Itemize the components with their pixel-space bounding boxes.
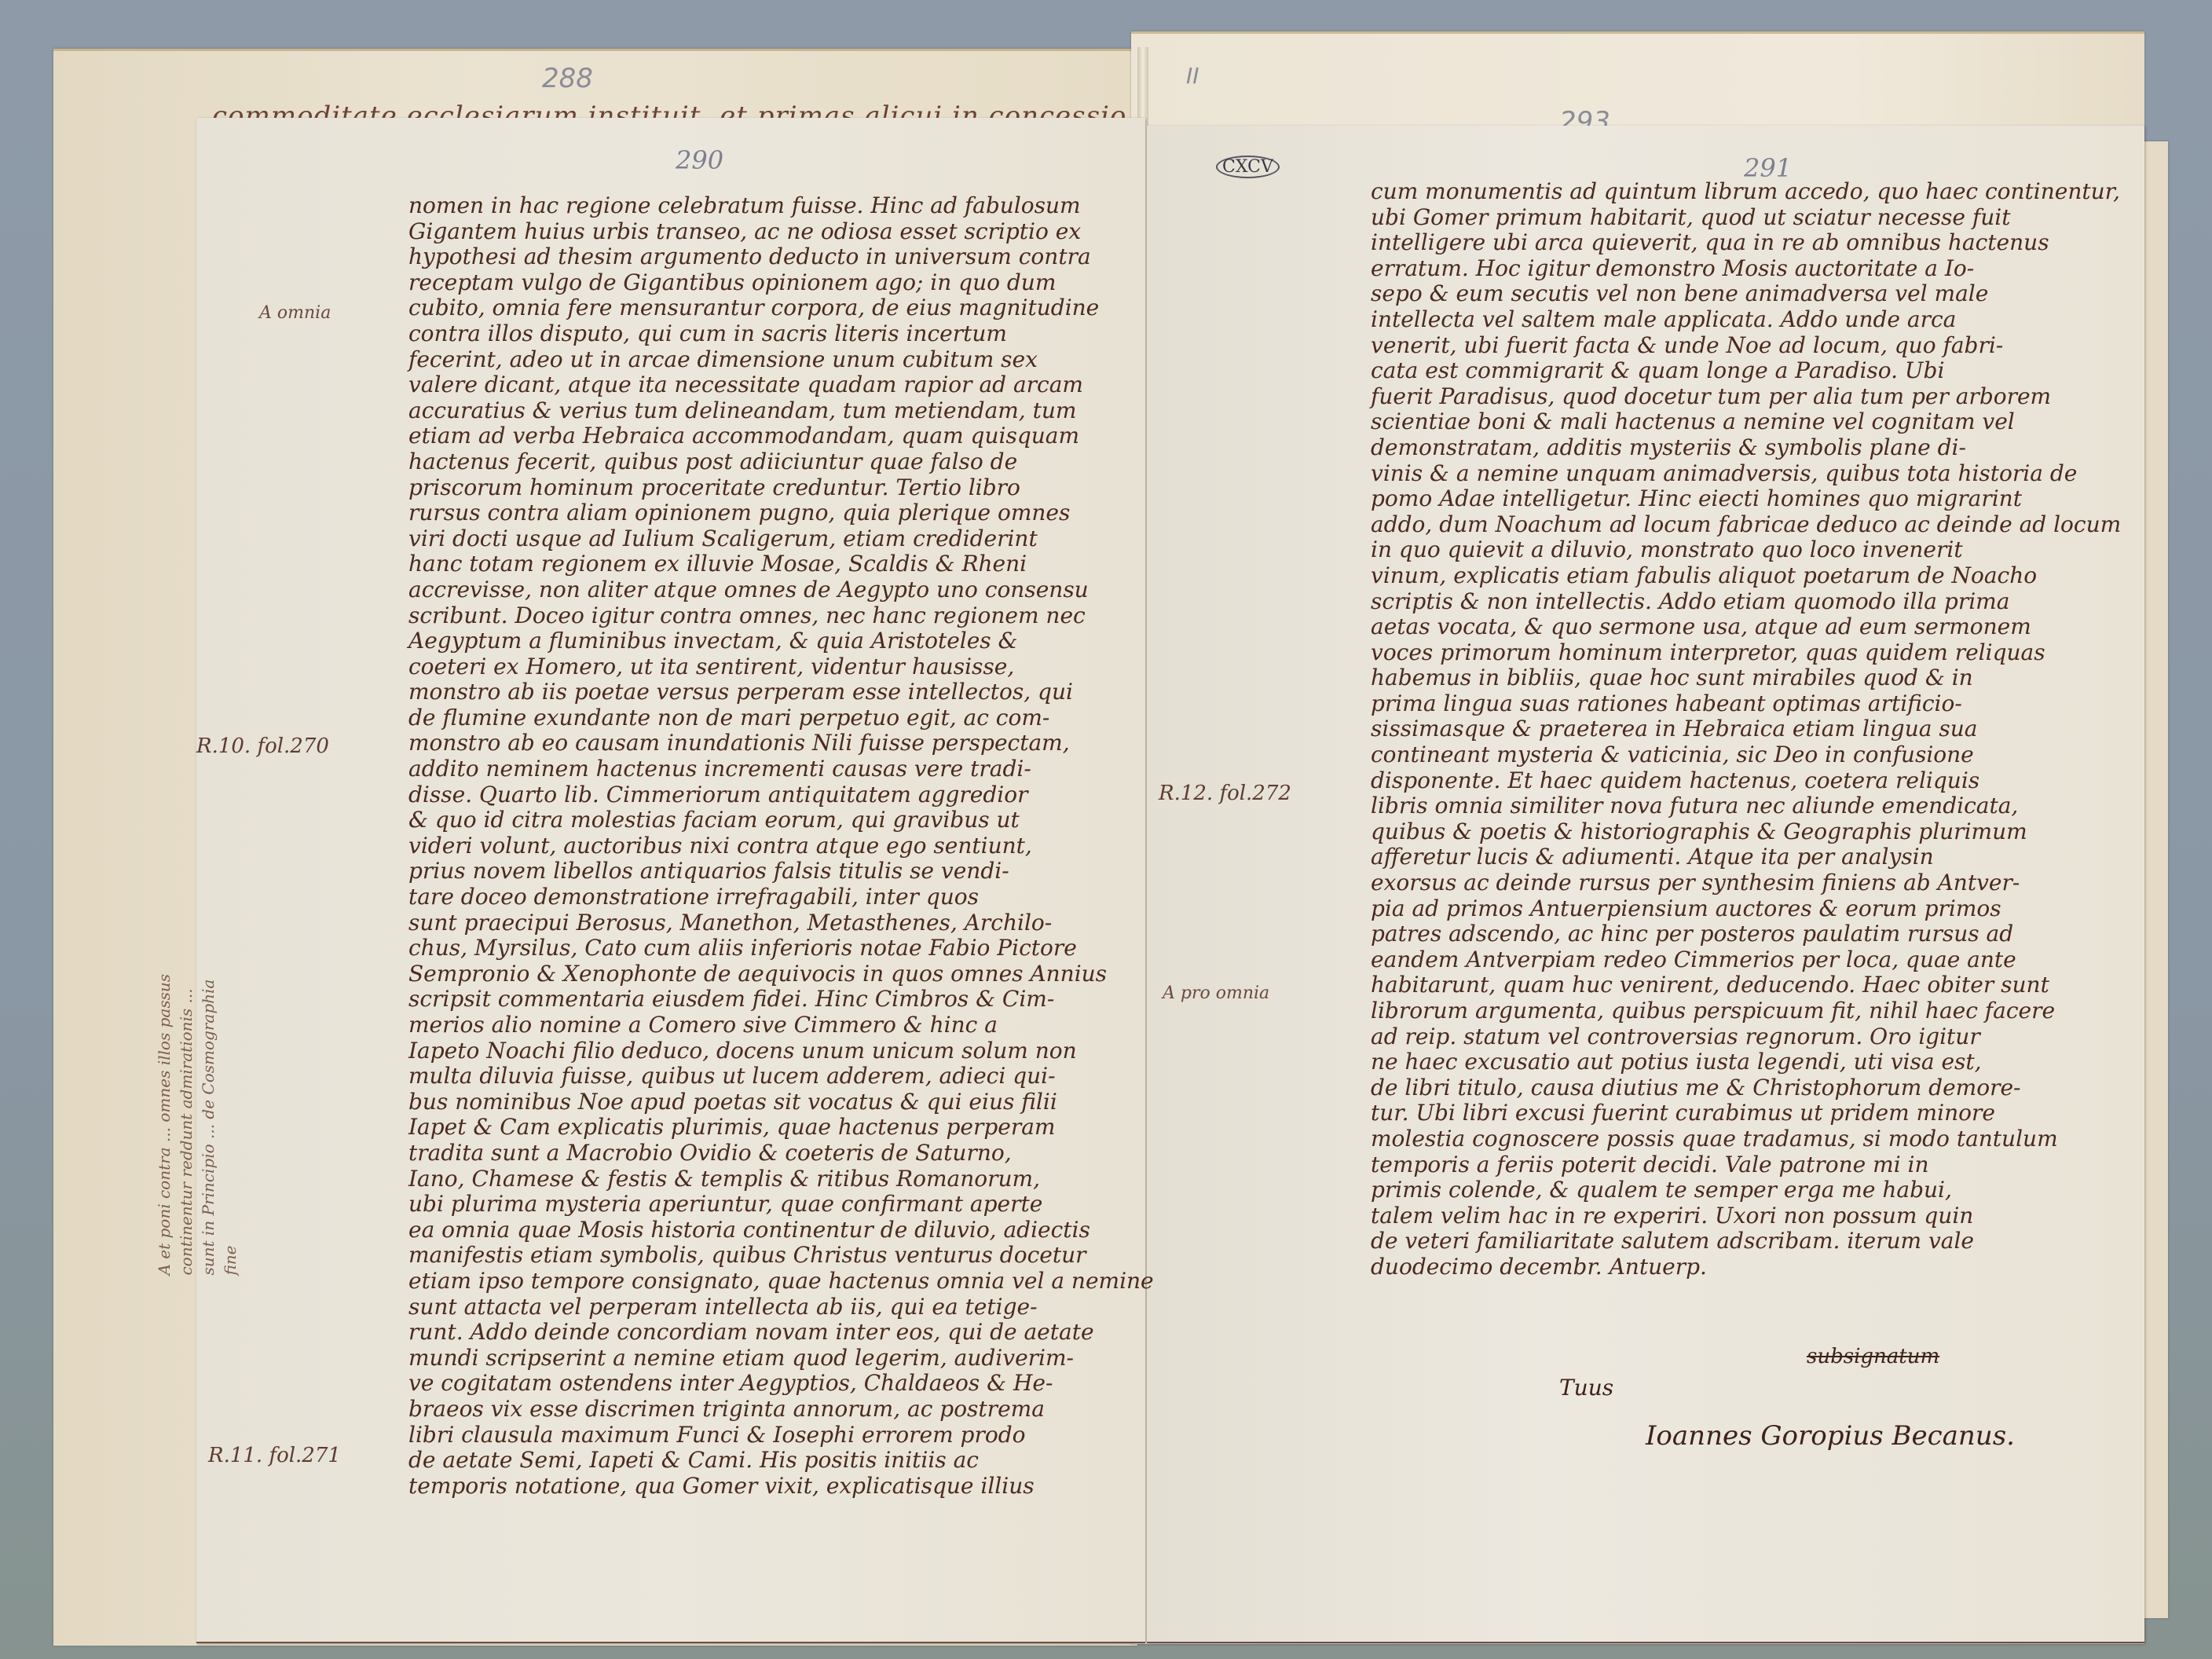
text-line: intellecta vel saltem male applicata. Ad… bbox=[1371, 307, 2121, 333]
text-line: ea omnia quae Mosis historia continentur… bbox=[408, 1218, 1154, 1243]
text-line: afferetur lucis & adiumenti. Atque ita p… bbox=[1371, 844, 2121, 870]
text-line: molestia cognoscere possis quae tradamus… bbox=[1371, 1126, 2121, 1152]
text-line: habemus in bibliis, quae hoc sunt mirabi… bbox=[1371, 665, 2121, 691]
text-line: scientiae boni & mali hactenus a nemine … bbox=[1371, 409, 2121, 435]
text-line: ad reip. statum vel controversias regnor… bbox=[1371, 1024, 2121, 1050]
text-line: ubi Gomer primum habitarit, quod ut scia… bbox=[1371, 205, 2121, 231]
text-line: priscorum hominum proceritate creduntur.… bbox=[408, 475, 1154, 501]
text-line: contineant mysteria & vaticinia, sic Deo… bbox=[1371, 742, 2121, 768]
text-line: de veteri familiaritate salutem adscriba… bbox=[1371, 1229, 2121, 1254]
text-line: etiam ipso tempore consignato, quae hact… bbox=[408, 1269, 1154, 1295]
text-line: exorsus ac deinde rursus per synthesim f… bbox=[1371, 870, 2121, 896]
text-line: mundi scripserint a nemine etiam quod le… bbox=[408, 1346, 1154, 1372]
text-line: erratum. Hoc igitur demonstro Mosis auct… bbox=[1371, 256, 2121, 282]
text-line: & quo id citra molestias faciam eorum, q… bbox=[408, 808, 1154, 833]
text-line: de libri titulo, causa diutius me & Chri… bbox=[1371, 1075, 2121, 1101]
text-line: Aegyptum a fluminibus invectam, & quia A… bbox=[408, 628, 1154, 654]
text-line: manifestis etiam symbolis, quibus Christ… bbox=[408, 1243, 1154, 1269]
text-line: coeteri ex Homero, ut ita sentirent, vid… bbox=[408, 654, 1154, 680]
text-line: venerit, ubi fuerit facta & unde Noe ad … bbox=[1371, 333, 2121, 359]
text-line: de flumine exundante non de mari perpetu… bbox=[408, 705, 1154, 731]
text-line: bus nominibus Noe apud poetas sit vocatu… bbox=[408, 1090, 1154, 1115]
text-line: rursus contra aliam opinionem pugno, qui… bbox=[408, 500, 1154, 526]
text-line: intelligere ubi arca quieverit, qua in r… bbox=[1371, 230, 2121, 256]
signature: Ioannes Goropius Becanus. bbox=[1646, 1420, 2015, 1452]
text-line: pia ad primos Antuerpiensium auctores & … bbox=[1371, 896, 2121, 922]
text-line: cata est commigrarit & quam longe a Para… bbox=[1371, 358, 2121, 384]
text-line: aetas vocata, & quo sermone usa, atque a… bbox=[1371, 614, 2121, 640]
text-line: disponente. Et haec quidem hactenus, coe… bbox=[1371, 768, 2121, 794]
text-line: accrevisse, non aliter atque omnes de Ae… bbox=[408, 577, 1154, 603]
text-line: ne haec excusatio aut potius iusta legen… bbox=[1371, 1049, 2121, 1075]
text-line: disse. Quarto lib. Cimmeriorum antiquita… bbox=[408, 782, 1154, 808]
text-line: sunt attacta vel perperam intellecta ab … bbox=[408, 1295, 1154, 1320]
text-line: vinum, explicatis etiam fabulis aliquot … bbox=[1371, 563, 2121, 589]
text-line: pomo Adae intelligetur. Hinc eiecti homi… bbox=[1371, 486, 2121, 512]
text-line: tare doceo demonstratione irrefragabili,… bbox=[408, 884, 1154, 910]
left-page-body-text: nomen in hac regione celebratum fuisse. … bbox=[408, 193, 1154, 1499]
text-line: prius novem libellos antiquarios falsis … bbox=[408, 859, 1154, 884]
text-line: demonstratam, additis mysteriis & symbol… bbox=[1371, 435, 2121, 461]
text-line: voces primorum hominum interpretor, quas… bbox=[1371, 640, 2121, 666]
left-folio-number: 290 bbox=[676, 145, 723, 175]
circled-folio-mark: CXCV bbox=[1216, 156, 1280, 178]
text-line: multa diluvia fuisse, quibus ut lucem ad… bbox=[408, 1064, 1154, 1090]
text-line: videri volunt, auctoribus nixi contra at… bbox=[408, 833, 1154, 859]
text-line: runt. Addo deinde concordiam novam inter… bbox=[408, 1320, 1154, 1346]
text-line: eandem Antverpiam redeo Cimmerios per lo… bbox=[1371, 947, 2121, 973]
text-line: contra illos disputo, qui cum in sacris … bbox=[408, 321, 1154, 347]
text-line: cubito, omnia fere mensurantur corpora, … bbox=[408, 295, 1154, 321]
text-line: tradita sunt a Macrobio Ovidio & coeteri… bbox=[408, 1141, 1154, 1166]
text-line: ubi plurima mysteria aperiuntur, quae co… bbox=[408, 1192, 1154, 1218]
text-line: hanc totam regionem ex illuvie Mosae, Sc… bbox=[408, 551, 1154, 577]
right-page-body-text: cum monumentis ad quintum librum accedo,… bbox=[1371, 179, 2121, 1280]
margin-note-a-pro-omnia: A pro omnia bbox=[1163, 983, 1269, 1003]
text-line: hactenus fecerit, quibus post adiiciuntu… bbox=[408, 449, 1154, 475]
text-line: viri docti usque ad Iulium Scaligerum, e… bbox=[408, 526, 1154, 552]
text-line: etiam ad verba Hebraica accommodandam, q… bbox=[408, 423, 1154, 449]
text-line: quibus & poetis & historiographis & Geog… bbox=[1371, 819, 2121, 845]
text-line: merios alio nomine a Comero sive Cimmero… bbox=[408, 1013, 1154, 1038]
text-line: braeos vix esse discrimen triginta annor… bbox=[408, 1397, 1154, 1423]
text-line: Gigantem huius urbis transeo, ac ne odio… bbox=[408, 219, 1154, 245]
text-line: receptam vulgo de Gigantibus opinionem a… bbox=[408, 270, 1154, 296]
text-line: ve cogitatam ostendens inter Aegyptios, … bbox=[408, 1371, 1154, 1397]
text-line: cum monumentis ad quintum librum accedo,… bbox=[1371, 179, 2121, 205]
text-line: fuerit Paradisus, quod docetur tum per a… bbox=[1371, 384, 2121, 410]
text-line: habitarunt, quam huc venirent, deducendo… bbox=[1371, 972, 2121, 998]
text-line: libri clausula maximum Funci & Iosephi e… bbox=[408, 1423, 1154, 1448]
text-line: monstro ab iis poetae versus perperam es… bbox=[408, 679, 1154, 705]
closing-tuus: Tuus bbox=[1559, 1375, 1613, 1401]
margin-note-fol-270: R.10. fol.270 bbox=[196, 734, 329, 758]
text-line: addito neminem hactenus incrementi causa… bbox=[408, 756, 1154, 782]
text-line: duodecimo decembr. Antuerp. bbox=[1371, 1254, 2121, 1280]
margin-note-a-omnia: A omnia bbox=[259, 303, 331, 323]
text-line: chus, Myrsilus, Cato cum aliis inferiori… bbox=[408, 936, 1154, 961]
underlying-pencil-mark: II bbox=[1186, 63, 1199, 89]
text-line: valere dicant, atque ita necessitate qua… bbox=[408, 372, 1154, 398]
text-line: scribunt. Doceo igitur contra omnes, nec… bbox=[408, 603, 1154, 629]
text-line: librorum argumenta, quibus perspicuum fi… bbox=[1371, 998, 2121, 1024]
text-line: scripsit commentaria eiusdem fidei. Hinc… bbox=[408, 987, 1154, 1013]
text-line: libris omnia similiter nova futura nec a… bbox=[1371, 793, 2121, 819]
text-line: monstro ab eo causam inundationis Nili f… bbox=[408, 731, 1154, 756]
text-line: fecerint, adeo ut in arcae dimensione un… bbox=[408, 347, 1154, 373]
text-line: in quo quievit a diluvio, monstrato quo … bbox=[1371, 537, 2121, 563]
text-line: addo, dum Noachum ad locum fabricae dedu… bbox=[1371, 512, 2121, 538]
margin-note-fol-271: R.11. fol.271 bbox=[208, 1444, 341, 1467]
text-line: nomen in hac regione celebratum fuisse. … bbox=[408, 193, 1154, 219]
text-line: prima lingua suas rationes habeant optim… bbox=[1371, 691, 2121, 717]
text-line: de aetate Semi, Iapeti & Cami. His posit… bbox=[408, 1448, 1154, 1474]
text-line: vinis & a nemine unquam animadversis, qu… bbox=[1371, 461, 2121, 487]
text-line: temporis notatione, qua Gomer vixit, exp… bbox=[408, 1474, 1154, 1500]
underlying-folio-number: 288 bbox=[542, 63, 593, 94]
text-line: hypothesi ad thesim argumento deducto in… bbox=[408, 244, 1154, 270]
text-line: scriptis & non intellectis. Addo etiam q… bbox=[1371, 589, 2121, 615]
text-line: primis colende, & qualem te semper erga … bbox=[1371, 1177, 2121, 1203]
text-line: Iapeto Noachi filio deduco, docens unum … bbox=[408, 1038, 1154, 1064]
struck-word: subsignatum bbox=[1807, 1345, 1939, 1368]
text-line: Sempronio & Xenophonte de aequivocis in … bbox=[408, 961, 1154, 987]
text-line: sunt praecipui Berosus, Manethon, Metast… bbox=[408, 910, 1154, 936]
text-line: talem velim hac in re experiri. Uxori no… bbox=[1371, 1203, 2121, 1229]
vertical-margin-note: A et poni contra ... omnes illos passus … bbox=[153, 974, 241, 1276]
text-line: sissimasque & praeterea in Hebraica etia… bbox=[1371, 716, 2121, 742]
text-line: tur. Ubi libri excusi fuerint curabimus … bbox=[1371, 1101, 2121, 1126]
text-line: patres adscendo, ac hinc per posteros pa… bbox=[1371, 921, 2121, 947]
text-line: accuratius & verius tum delineandam, tum… bbox=[408, 398, 1154, 424]
text-line: temporis a feriis poterit decidi. Vale p… bbox=[1371, 1152, 2121, 1178]
text-line: Iapet & Cam explicatis plurimis, quae ha… bbox=[408, 1115, 1154, 1141]
text-line: Iano, Chamese & festis & templis & ritib… bbox=[408, 1166, 1154, 1192]
margin-note-fol-272: R.12. fol.272 bbox=[1159, 782, 1291, 805]
text-line: sepo & eum secutis vel non bene animadve… bbox=[1371, 281, 2121, 307]
